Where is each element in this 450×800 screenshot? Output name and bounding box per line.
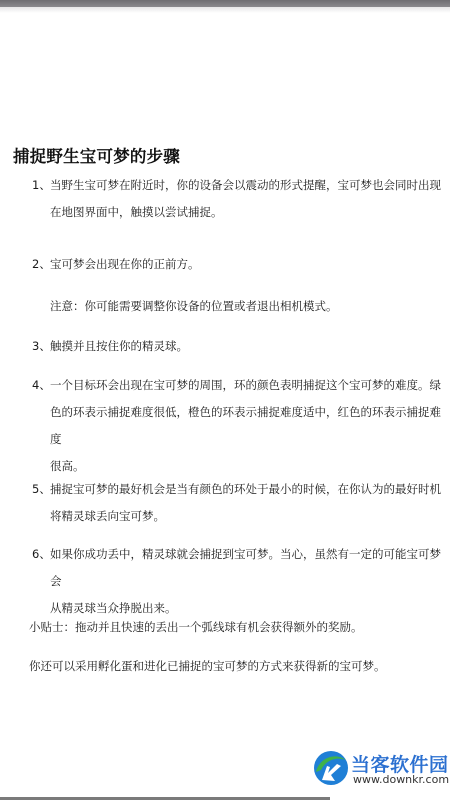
step-number: 6、 bbox=[32, 541, 51, 568]
extra-text: 你还可以采用孵化蛋和进化已捕捉的宝可梦的方式来获得新的宝可梦。 bbox=[29, 658, 386, 674]
step-number: 4、 bbox=[32, 372, 51, 399]
step-text-line: 从精灵球当众挣脱出来。 bbox=[32, 595, 442, 622]
downkr-logo-icon bbox=[313, 750, 349, 786]
step-number: 2、 bbox=[32, 251, 51, 278]
step-text-line: 当野生宝可梦在附近时，你的设备会以震动的形式提醒，宝可梦也会同时出现 bbox=[32, 172, 442, 199]
step-text-line: 一个目标环会出现在宝可梦的周围，环的颜色表明捕捉这个宝可梦的难度。绿 bbox=[32, 372, 442, 399]
step-6: 6、 如果你成功丢中，精灵球就会捕捉到宝可梦。当心，虽然有一定的可能宝可梦会 从… bbox=[32, 541, 442, 622]
step-text-line: 触摸并且按住你的精灵球。 bbox=[32, 333, 442, 360]
status-bar-shadow bbox=[0, 7, 450, 13]
step-number: 5、 bbox=[32, 476, 51, 503]
page-title: 捕捉野生宝可梦的步骤 bbox=[13, 143, 180, 167]
step-text-line: 将精灵球丢向宝可梦。 bbox=[32, 503, 442, 530]
watermark-url: www.downkr.com bbox=[353, 773, 449, 786]
step-text-line: 如果你成功丢中，精灵球就会捕捉到宝可梦。当心，虽然有一定的可能宝可梦会 bbox=[32, 541, 442, 595]
note-text: 注意：你可能需要调整你设备的位置或者退出相机模式。 bbox=[50, 298, 338, 314]
step-text-line: 宝可梦会出现在你的正前方。 bbox=[32, 251, 442, 278]
tip-text: 小贴士：拖动并且快速的丢出一个弧线球有机会获得额外的奖励。 bbox=[29, 619, 363, 635]
step-5: 5、 捕捉宝可梦的最好机会是当有颜色的环处于最小的时候，在你认为的最好时机 将精… bbox=[32, 476, 442, 530]
step-3: 3、 触摸并且按住你的精灵球。 bbox=[32, 333, 442, 360]
step-text-line: 捕捉宝可梦的最好机会是当有颜色的环处于最小的时候，在你认为的最好时机 bbox=[32, 476, 442, 503]
step-2: 2、 宝可梦会出现在你的正前方。 bbox=[32, 251, 442, 278]
step-text-line: 色的环表示捕捉难度很低，橙色的环表示捕捉难度适中，红色的环表示捕捉难度 bbox=[32, 399, 442, 453]
step-text-line: 在地图界面中，触摸以尝试捕捉。 bbox=[32, 199, 442, 226]
watermark-logo: 当客软件园 www.downkr.com bbox=[313, 750, 450, 795]
step-number: 1、 bbox=[32, 172, 51, 199]
step-4: 4、 一个目标环会出现在宝可梦的周围，环的颜色表明捕捉这个宝可梦的难度。绿 色的… bbox=[32, 372, 442, 480]
status-bar bbox=[0, 0, 450, 7]
step-1: 1、 当野生宝可梦在附近时，你的设备会以震动的形式提醒，宝可梦也会同时出现 在地… bbox=[32, 172, 442, 226]
step-number: 3、 bbox=[32, 333, 51, 360]
